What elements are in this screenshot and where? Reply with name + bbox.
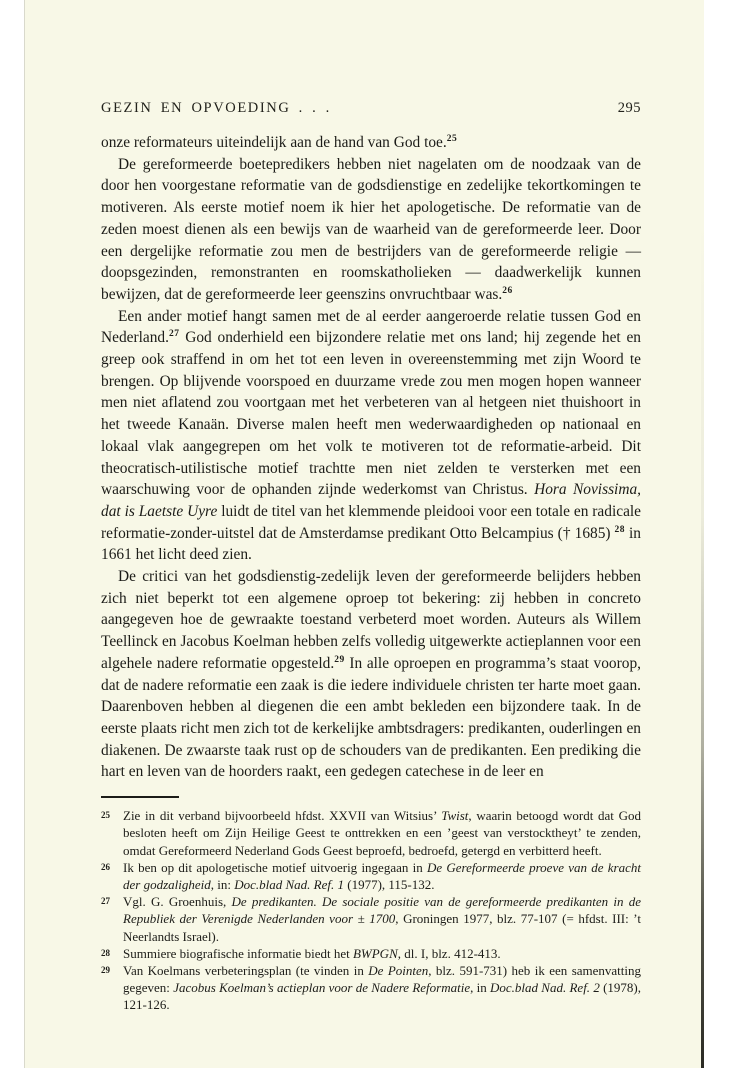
body-paragraph: De gereformeerde boetepredikers hebben n…: [101, 154, 641, 306]
book-page: GEZIN EN OPVOEDING . . . 295 onze reform…: [24, 0, 704, 1068]
text-run: , in: [470, 980, 490, 995]
footnotes: 25Zie in dit verband bijvoorbeeld hfdst.…: [101, 807, 641, 1013]
text-run: Zie in dit verband bijvoorbeeld hfdst. X…: [123, 808, 441, 823]
text-run: Summiere biografische informatie biedt h…: [123, 946, 353, 961]
text-run: De Pointen: [368, 963, 428, 978]
page-content: GEZIN EN OPVOEDING . . . 295 onze reform…: [101, 0, 641, 1014]
page-header: GEZIN EN OPVOEDING . . . 295: [101, 100, 641, 117]
text-run: Doc.blad Nad. Ref. 2: [490, 980, 600, 995]
footnote-text: Van Koelmans verbeteringsplan (te vinden…: [123, 963, 641, 1012]
body-text: onze reformateurs uiteindelijk aan de ha…: [101, 132, 641, 783]
footnote-ref: 26: [502, 286, 513, 296]
text-run: Ik ben op dit apologetische motief uitvo…: [123, 860, 427, 875]
footnote-number: 26: [101, 859, 110, 876]
footnote: 25Zie in dit verband bijvoorbeeld hfdst.…: [101, 807, 641, 859]
body-paragraph: De critici van het godsdienstig-zedelijk…: [101, 566, 641, 783]
text-run: De gereformeerde boetepredikers hebben n…: [101, 156, 641, 303]
text-run: onze reformateurs uiteindelijk aan de ha…: [101, 134, 447, 151]
text-run: , in:: [211, 877, 234, 892]
text-run: God onderhield een bijzondere relatie me…: [101, 329, 641, 498]
footnote-separator: [101, 796, 179, 798]
footnote-ref: 25: [447, 134, 458, 144]
page-number: 295: [618, 100, 641, 117]
text-run: Vgl. G. Groenhuis,: [123, 894, 231, 909]
body-paragraph: onze reformateurs uiteindelijk aan de ha…: [101, 132, 641, 154]
footnote-number: 27: [101, 893, 110, 910]
text-run: In alle oproepen en programma’s staat vo…: [101, 655, 641, 781]
text-run: Twist: [441, 808, 468, 823]
footnote-text: Ik ben op dit apologetische motief uitvo…: [123, 860, 641, 892]
page-edge-shadow: [701, 220, 704, 1068]
footnote: 27Vgl. G. Groenhuis, De predikanten. De …: [101, 893, 641, 945]
footnote-number: 28: [101, 945, 110, 962]
footnote-ref: 29: [334, 655, 345, 665]
footnote-text: Zie in dit verband bijvoorbeeld hfdst. X…: [123, 808, 641, 857]
footnote-ref: 27: [169, 329, 180, 339]
text-run: Van Koelmans verbeteringsplan (te vinden…: [123, 963, 368, 978]
footnote: 26Ik ben op dit apologetische motief uit…: [101, 859, 641, 893]
text-run: BWPGN: [353, 946, 398, 961]
text-run: Doc.blad Nad. Ref. 1: [234, 877, 344, 892]
running-title: GEZIN EN OPVOEDING . . .: [101, 100, 331, 117]
body-paragraph: Een ander motief hangt samen met de al e…: [101, 306, 641, 566]
footnote-ref: 28: [615, 525, 626, 535]
footnote: 29Van Koelmans verbeteringsplan (te vind…: [101, 962, 641, 1014]
footnote-number: 25: [101, 807, 110, 824]
footnote: 28Summiere biografische informatie biedt…: [101, 945, 641, 962]
footnote-text: Vgl. G. Groenhuis, De predikanten. De so…: [123, 894, 641, 943]
text-run: Jacobus Koelman’s actieplan voor de Nade…: [173, 980, 470, 995]
footnote-number: 29: [101, 962, 110, 979]
footnote-text: Summiere biografische informatie biedt h…: [123, 946, 501, 961]
text-run: (1977), 115-132.: [344, 877, 435, 892]
text-run: , dl. I, blz. 412-413.: [398, 946, 501, 961]
